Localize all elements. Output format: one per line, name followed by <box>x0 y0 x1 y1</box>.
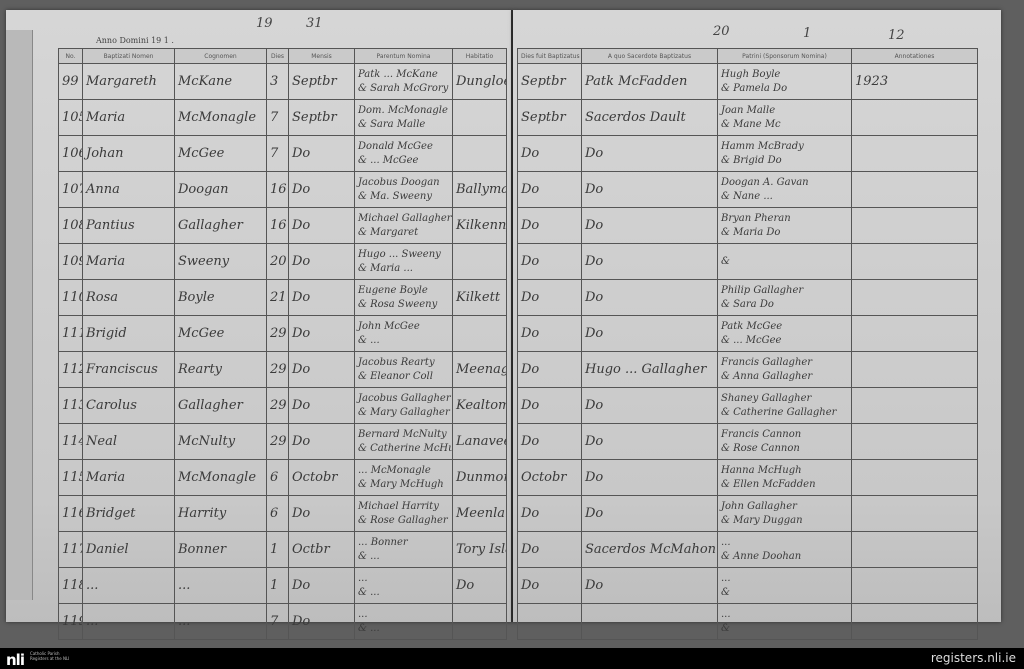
abode: Tory Island <box>453 532 507 568</box>
baptized-name: ... <box>83 604 175 640</box>
table-row: 105MariaMcMonagle7SeptbrDom. McMonagle& … <box>59 100 507 136</box>
abode: Meenlara <box>453 496 507 532</box>
surname: Doogan <box>175 172 267 208</box>
sponsors: & <box>718 244 852 280</box>
baptism-month: Do <box>518 568 582 604</box>
sponsors: Doogan A. Gavan& Nane ... <box>718 172 852 208</box>
entry-number: 107 <box>59 172 83 208</box>
table-row: 108PantiusGallagher16DoMichael Gallagher… <box>59 208 507 244</box>
table-row: DoDoFrancis Cannon& Rose Cannon <box>518 424 978 460</box>
entry-number: 115 <box>59 460 83 496</box>
cell-line: Patk ... McKane <box>358 68 449 82</box>
notes: 1923 <box>852 64 978 100</box>
month: Do <box>289 244 355 280</box>
baptized-name: Maria <box>83 460 175 496</box>
parents: Jacobus Doogan& Ma. Sweeny <box>355 172 453 208</box>
cell-line: ... <box>721 608 848 622</box>
surname: McMonagle <box>175 100 267 136</box>
parents: Jacobus Rearty& Eleanor Coll <box>355 352 453 388</box>
entry-number: 114 <box>59 424 83 460</box>
month: Do <box>289 496 355 532</box>
notes <box>852 136 978 172</box>
surname: ... <box>175 604 267 640</box>
baptized-name: Pantius <box>83 208 175 244</box>
day: 7 <box>267 604 289 640</box>
parents: John McGee& ... <box>355 316 453 352</box>
baptism-month: Do <box>518 316 582 352</box>
parents: Donald McGee& ... McGee <box>355 136 453 172</box>
day: 7 <box>267 136 289 172</box>
sponsors: ...& Anne Doohan <box>718 532 852 568</box>
surname: Sweeny <box>175 244 267 280</box>
cell-line: Hugo ... Sweeny <box>358 248 449 262</box>
abode: Kealtom <box>453 388 507 424</box>
abode <box>453 100 507 136</box>
abode: Ballymanus <box>453 172 507 208</box>
entry-number: 116 <box>59 496 83 532</box>
cell-line: Jacobus Gallagher <box>358 392 449 406</box>
cell-line: Bryan Pheran <box>721 212 848 226</box>
priest: Do <box>582 460 718 496</box>
month: Do <box>289 352 355 388</box>
notes <box>852 100 978 136</box>
cell-line: & Anna Gallagher <box>721 370 848 384</box>
baptized-name: ... <box>83 568 175 604</box>
entry-number: 110 <box>59 280 83 316</box>
priest: Do <box>582 568 718 604</box>
parents: Dom. McMonagle& Sara Malle <box>355 100 453 136</box>
cell-line: ... Bonner <box>358 536 449 550</box>
baptism-month: Septbr <box>518 100 582 136</box>
priest: Do <box>582 424 718 460</box>
abode: Dungloe <box>453 64 507 100</box>
table-row: 113CarolusGallagher29DoJacobus Gallagher… <box>59 388 507 424</box>
register-book: 19 31 Anno Domini 19 1 . No.Baptizati No… <box>6 10 1006 622</box>
day: 29 <box>267 352 289 388</box>
sponsors: Francis Gallagher& Anna Gallagher <box>718 352 852 388</box>
baptism-month: Do <box>518 280 582 316</box>
month: Do <box>289 136 355 172</box>
priest: Do <box>582 388 718 424</box>
abode: Do <box>453 568 507 604</box>
table-row: 109MariaSweeny20DoHugo ... Sweeny& Maria… <box>59 244 507 280</box>
entry-number: 99 <box>59 64 83 100</box>
baptized-name: Maria <box>83 244 175 280</box>
baptism-month: Octobr <box>518 460 582 496</box>
baptized-name: Anna <box>83 172 175 208</box>
table-row: DoHugo ... GallagherFrancis Gallagher& A… <box>518 352 978 388</box>
sponsors: Hugh Boyle& Pamela Do <box>718 64 852 100</box>
table-row: 114NealMcNulty29DoBernard McNulty& Cathe… <box>59 424 507 460</box>
sponsors: Patk McGee& ... McGee <box>718 316 852 352</box>
table-row: DoDoDoogan A. Gavan& Nane ... <box>518 172 978 208</box>
cell-line: ... McMonagle <box>358 464 449 478</box>
month: Do <box>289 568 355 604</box>
sponsors: ...& <box>718 604 852 640</box>
column-header: Parentum Nomina <box>355 49 453 64</box>
entry-number: 106 <box>59 136 83 172</box>
abode: Lanavee <box>453 424 507 460</box>
cell-line: Michael Harrity <box>358 500 449 514</box>
cell-line: ... <box>358 572 449 586</box>
cell-line: & Nane ... <box>721 190 848 204</box>
baptized-name: Franciscus <box>83 352 175 388</box>
baptism-month: Do <box>518 352 582 388</box>
cell-line: & ... <box>358 622 449 636</box>
folio-mark: 19 <box>256 16 273 31</box>
table-row: DoDoBryan Pheran& Maria Do <box>518 208 978 244</box>
notes <box>852 388 978 424</box>
priest: Sacerdos Dault <box>582 100 718 136</box>
cell-line: ... <box>721 572 848 586</box>
month: Do <box>289 604 355 640</box>
left-register-table: No.Baptizati NomenCognomenDiesMensisPare… <box>58 48 507 640</box>
table-row: DoSacerdos McMahon...& Anne Doohan <box>518 532 978 568</box>
table-row: ...& <box>518 604 978 640</box>
notes <box>852 460 978 496</box>
entry-number: 109 <box>59 244 83 280</box>
baptism-month: Do <box>518 424 582 460</box>
cell-line: & Rosa Sweeny <box>358 298 449 312</box>
entry-number: 105 <box>59 100 83 136</box>
day: 29 <box>267 424 289 460</box>
abode <box>453 604 507 640</box>
cell-line: Francis Gallagher <box>721 356 848 370</box>
footer-bar: nli Catholic Parish Registers at the NLI… <box>0 648 1024 669</box>
surname: Bonner <box>175 532 267 568</box>
surname: Harrity <box>175 496 267 532</box>
table-row: 117DanielBonner1Octbr... Bonner& ...Tory… <box>59 532 507 568</box>
cell-line: & Mane Mc <box>721 118 848 132</box>
cell-line: Michael Gallagher <box>358 212 449 226</box>
priest: Hugo ... Gallagher <box>582 352 718 388</box>
baptized-name: Maria <box>83 100 175 136</box>
parents: Patk ... McKane& Sarah McGrory <box>355 64 453 100</box>
abode: Kilkett <box>453 280 507 316</box>
baptism-month: Do <box>518 388 582 424</box>
sponsors: Shaney Gallagher& Catherine Gallagher <box>718 388 852 424</box>
table-row: DoDoPhilip Gallagher& Sara Do <box>518 280 978 316</box>
cell-line: & Maria ... <box>358 262 449 276</box>
parents: Hugo ... Sweeny& Maria ... <box>355 244 453 280</box>
cell-line: & Sara Do <box>721 298 848 312</box>
sponsors: Joan Malle& Mane Mc <box>718 100 852 136</box>
cell-line: & Eleanor Coll <box>358 370 449 384</box>
day: 29 <box>267 316 289 352</box>
surname: Gallagher <box>175 208 267 244</box>
cell-line: John Gallagher <box>721 500 848 514</box>
table-row: 99MargarethMcKane3SeptbrPatk ... McKane&… <box>59 64 507 100</box>
notes <box>852 352 978 388</box>
day: 29 <box>267 388 289 424</box>
baptized-name: Daniel <box>83 532 175 568</box>
abode <box>453 244 507 280</box>
column-header: Annotationes <box>852 49 978 64</box>
baptized-name: Margareth <box>83 64 175 100</box>
table-row: DoDoPatk McGee& ... McGee <box>518 316 978 352</box>
column-header: A quo Sacerdote Baptizatus <box>582 49 718 64</box>
left-page: 19 31 Anno Domini 19 1 . No.Baptizati No… <box>6 10 513 622</box>
notes <box>852 568 978 604</box>
day: 1 <box>267 532 289 568</box>
cell-line: & Rose Cannon <box>721 442 848 456</box>
table-row: 106JohanMcGee7DoDonald McGee& ... McGee <box>59 136 507 172</box>
cell-line: & Catherine Gallagher <box>721 406 848 420</box>
folio-mark: 12 <box>888 28 905 43</box>
entry-number: 113 <box>59 388 83 424</box>
baptism-month: Do <box>518 496 582 532</box>
priest: Do <box>582 208 718 244</box>
column-header: Habitatio <box>453 49 507 64</box>
table-row: 118......1Do...& ...Do <box>59 568 507 604</box>
table-row: DoDoHamm McBrady& Brigid Do <box>518 136 978 172</box>
month: Do <box>289 316 355 352</box>
baptized-name: Brigid <box>83 316 175 352</box>
notes <box>852 532 978 568</box>
table-row: 111BrigidMcGee29DoJohn McGee& ... <box>59 316 507 352</box>
table-row: 112FranciscusRearty29DoJacobus Rearty& E… <box>59 352 507 388</box>
parents: ... McMonagle& Mary McHugh <box>355 460 453 496</box>
month: Do <box>289 172 355 208</box>
entry-number: 118 <box>59 568 83 604</box>
folio-mark: 1 <box>803 26 811 41</box>
table-row: 119......7Do...& ... <box>59 604 507 640</box>
day: 20 <box>267 244 289 280</box>
cell-line: Bernard McNulty <box>358 428 449 442</box>
month: Octbr <box>289 532 355 568</box>
cell-line: & Catherine McHugh <box>358 442 449 456</box>
table-row: 110RosaBoyle21DoEugene Boyle& Rosa Sween… <box>59 280 507 316</box>
surname: McGee <box>175 316 267 352</box>
parents: Michael Harrity& Rose Gallagher <box>355 496 453 532</box>
notes <box>852 172 978 208</box>
baptism-month: Do <box>518 136 582 172</box>
nli-logo[interactable]: nli <box>6 651 24 669</box>
sponsors: ...& <box>718 568 852 604</box>
cell-line: & ... <box>358 334 449 348</box>
baptism-month: Do <box>518 532 582 568</box>
cell-line: Doogan A. Gavan <box>721 176 848 190</box>
column-header: Patrini (Sponsorum Nomina) <box>718 49 852 64</box>
surname: Rearty <box>175 352 267 388</box>
notes <box>852 316 978 352</box>
table-row: DoDo& <box>518 244 978 280</box>
parents: ...& ... <box>355 568 453 604</box>
cell-line: & ... McGee <box>358 154 449 168</box>
surname: McMonagle <box>175 460 267 496</box>
table-row: OctobrDoHanna McHugh& Ellen McFadden <box>518 460 978 496</box>
cell-line: & <box>721 255 848 269</box>
surname: ... <box>175 568 267 604</box>
month: Do <box>289 388 355 424</box>
cell-line: & Ellen McFadden <box>721 478 848 492</box>
entry-number: 108 <box>59 208 83 244</box>
priest: Do <box>582 316 718 352</box>
image-viewer: 19 31 Anno Domini 19 1 . No.Baptizati No… <box>0 0 1024 648</box>
day: 6 <box>267 460 289 496</box>
cell-line: & Sara Malle <box>358 118 449 132</box>
priest: Do <box>582 136 718 172</box>
cell-line: & Margaret <box>358 226 449 240</box>
cell-line: Patk McGee <box>721 320 848 334</box>
day: 16 <box>267 208 289 244</box>
parents: Eugene Boyle& Rosa Sweeny <box>355 280 453 316</box>
cell-line: Joan Malle <box>721 104 848 118</box>
column-header: No. <box>59 49 83 64</box>
cell-line: & ... McGee <box>721 334 848 348</box>
parents: Michael Gallagher& Margaret <box>355 208 453 244</box>
table-row: DoDoJohn Gallagher& Mary Duggan <box>518 496 978 532</box>
entry-number: 117 <box>59 532 83 568</box>
column-header: Baptizati Nomen <box>83 49 175 64</box>
cell-line: Jacobus Rearty <box>358 356 449 370</box>
cell-line: & <box>721 586 848 600</box>
cell-line: Donald McGee <box>358 140 449 154</box>
sponsors: Philip Gallagher& Sara Do <box>718 280 852 316</box>
parents: ... Bonner& ... <box>355 532 453 568</box>
sponsors: Bryan Pheran& Maria Do <box>718 208 852 244</box>
cell-line: & Maria Do <box>721 226 848 240</box>
cell-line: & Anne Doohan <box>721 550 848 564</box>
table-row: SeptbrSacerdos DaultJoan Malle& Mane Mc <box>518 100 978 136</box>
column-header: Dies <box>267 49 289 64</box>
sponsors: John Gallagher& Mary Duggan <box>718 496 852 532</box>
abode: Meenagoppy <box>453 352 507 388</box>
day: 6 <box>267 496 289 532</box>
abode <box>453 316 507 352</box>
cell-line: & ... <box>358 550 449 564</box>
entry-number: 111 <box>59 316 83 352</box>
priest: Do <box>582 172 718 208</box>
priest: Sacerdos McMahon <box>582 532 718 568</box>
cell-line: Eugene Boyle <box>358 284 449 298</box>
folio-mark: 31 <box>306 16 323 31</box>
notes <box>852 424 978 460</box>
parents: Bernard McNulty& Catherine McHugh <box>355 424 453 460</box>
page-edge <box>6 30 33 600</box>
table-row: DoDoShaney Gallagher& Catherine Gallaghe… <box>518 388 978 424</box>
priest: Do <box>582 280 718 316</box>
baptized-name: Johan <box>83 136 175 172</box>
abode <box>453 136 507 172</box>
cell-line: & <box>721 622 848 636</box>
surname: Boyle <box>175 280 267 316</box>
month: Septbr <box>289 100 355 136</box>
cell-line: ... <box>358 608 449 622</box>
notes <box>852 280 978 316</box>
folio-mark: 20 <box>713 24 730 39</box>
sponsors: Francis Cannon& Rose Cannon <box>718 424 852 460</box>
cell-line: ... <box>721 536 848 550</box>
cell-line: & Mary Duggan <box>721 514 848 528</box>
month: Do <box>289 208 355 244</box>
baptized-name: Bridget <box>83 496 175 532</box>
abode: Kilkenny <box>453 208 507 244</box>
baptized-name: Neal <box>83 424 175 460</box>
header-label: Anno Domini 19 1 . <box>96 36 174 45</box>
notes <box>852 244 978 280</box>
surname: McNulty <box>175 424 267 460</box>
table-row: SeptbrPatk McFaddenHugh Boyle& Pamela Do… <box>518 64 978 100</box>
month: Do <box>289 424 355 460</box>
priest: Do <box>582 496 718 532</box>
surname: McGee <box>175 136 267 172</box>
cell-line: Hanna McHugh <box>721 464 848 478</box>
entry-number: 119 <box>59 604 83 640</box>
table-row: 115MariaMcMonagle6Octobr... McMonagle& M… <box>59 460 507 496</box>
cell-line: Shaney Gallagher <box>721 392 848 406</box>
surname: McKane <box>175 64 267 100</box>
day: 7 <box>267 100 289 136</box>
baptism-month: Do <box>518 244 582 280</box>
priest: Patk McFadden <box>582 64 718 100</box>
day: 1 <box>267 568 289 604</box>
cell-line: Philip Gallagher <box>721 284 848 298</box>
parents: Jacobus Gallagher& Mary Gallagher <box>355 388 453 424</box>
cell-line: Francis Cannon <box>721 428 848 442</box>
baptized-name: Carolus <box>83 388 175 424</box>
notes <box>852 496 978 532</box>
baptism-month: Septbr <box>518 64 582 100</box>
sponsors: Hamm McBrady& Brigid Do <box>718 136 852 172</box>
logo-caption: Catholic Parish Registers at the NLI <box>30 651 70 661</box>
month: Do <box>289 280 355 316</box>
cell-line: Jacobus Doogan <box>358 176 449 190</box>
entry-number: 112 <box>59 352 83 388</box>
notes <box>852 604 978 640</box>
column-header: Dies fuit Baptizatus / Mensis <box>518 49 582 64</box>
cell-line: & Pamela Do <box>721 82 848 96</box>
abode: Dunmore <box>453 460 507 496</box>
baptism-month: Do <box>518 208 582 244</box>
baptized-name: Rosa <box>83 280 175 316</box>
sponsors: Hanna McHugh& Ellen McFadden <box>718 460 852 496</box>
cell-line: & Mary McHugh <box>358 478 449 492</box>
cell-line: & Ma. Sweeny <box>358 190 449 204</box>
cell-line: & Rose Gallagher <box>358 514 449 528</box>
site-link[interactable]: registers.nli.ie <box>931 651 1016 665</box>
day: 3 <box>267 64 289 100</box>
table-row: DoDo...& <box>518 568 978 604</box>
cell-line: & Mary Gallagher <box>358 406 449 420</box>
cell-line: Hugh Boyle <box>721 68 848 82</box>
table-row: 107AnnaDoogan16DoJacobus Doogan& Ma. Swe… <box>59 172 507 208</box>
cell-line: Hamm McBrady <box>721 140 848 154</box>
column-header: Mensis <box>289 49 355 64</box>
baptism-month: Do <box>518 172 582 208</box>
cell-line: & ... <box>358 586 449 600</box>
priest <box>582 604 718 640</box>
right-page: 20 1 12 Dies fuit Baptizatus / MensisA q… <box>513 10 1001 622</box>
surname: Gallagher <box>175 388 267 424</box>
month: Septbr <box>289 64 355 100</box>
notes <box>852 208 978 244</box>
month: Octobr <box>289 460 355 496</box>
right-register-table: Dies fuit Baptizatus / MensisA quo Sacer… <box>517 48 978 640</box>
column-header: Cognomen <box>175 49 267 64</box>
table-row: 116BridgetHarrity6DoMichael Harrity& Ros… <box>59 496 507 532</box>
cell-line: & Brigid Do <box>721 154 848 168</box>
priest: Do <box>582 244 718 280</box>
parents: ...& ... <box>355 604 453 640</box>
day: 21 <box>267 280 289 316</box>
baptism-month <box>518 604 582 640</box>
cell-line: & Sarah McGrory <box>358 82 449 96</box>
day: 16 <box>267 172 289 208</box>
cell-line: John McGee <box>358 320 449 334</box>
cell-line: Dom. McMonagle <box>358 104 449 118</box>
